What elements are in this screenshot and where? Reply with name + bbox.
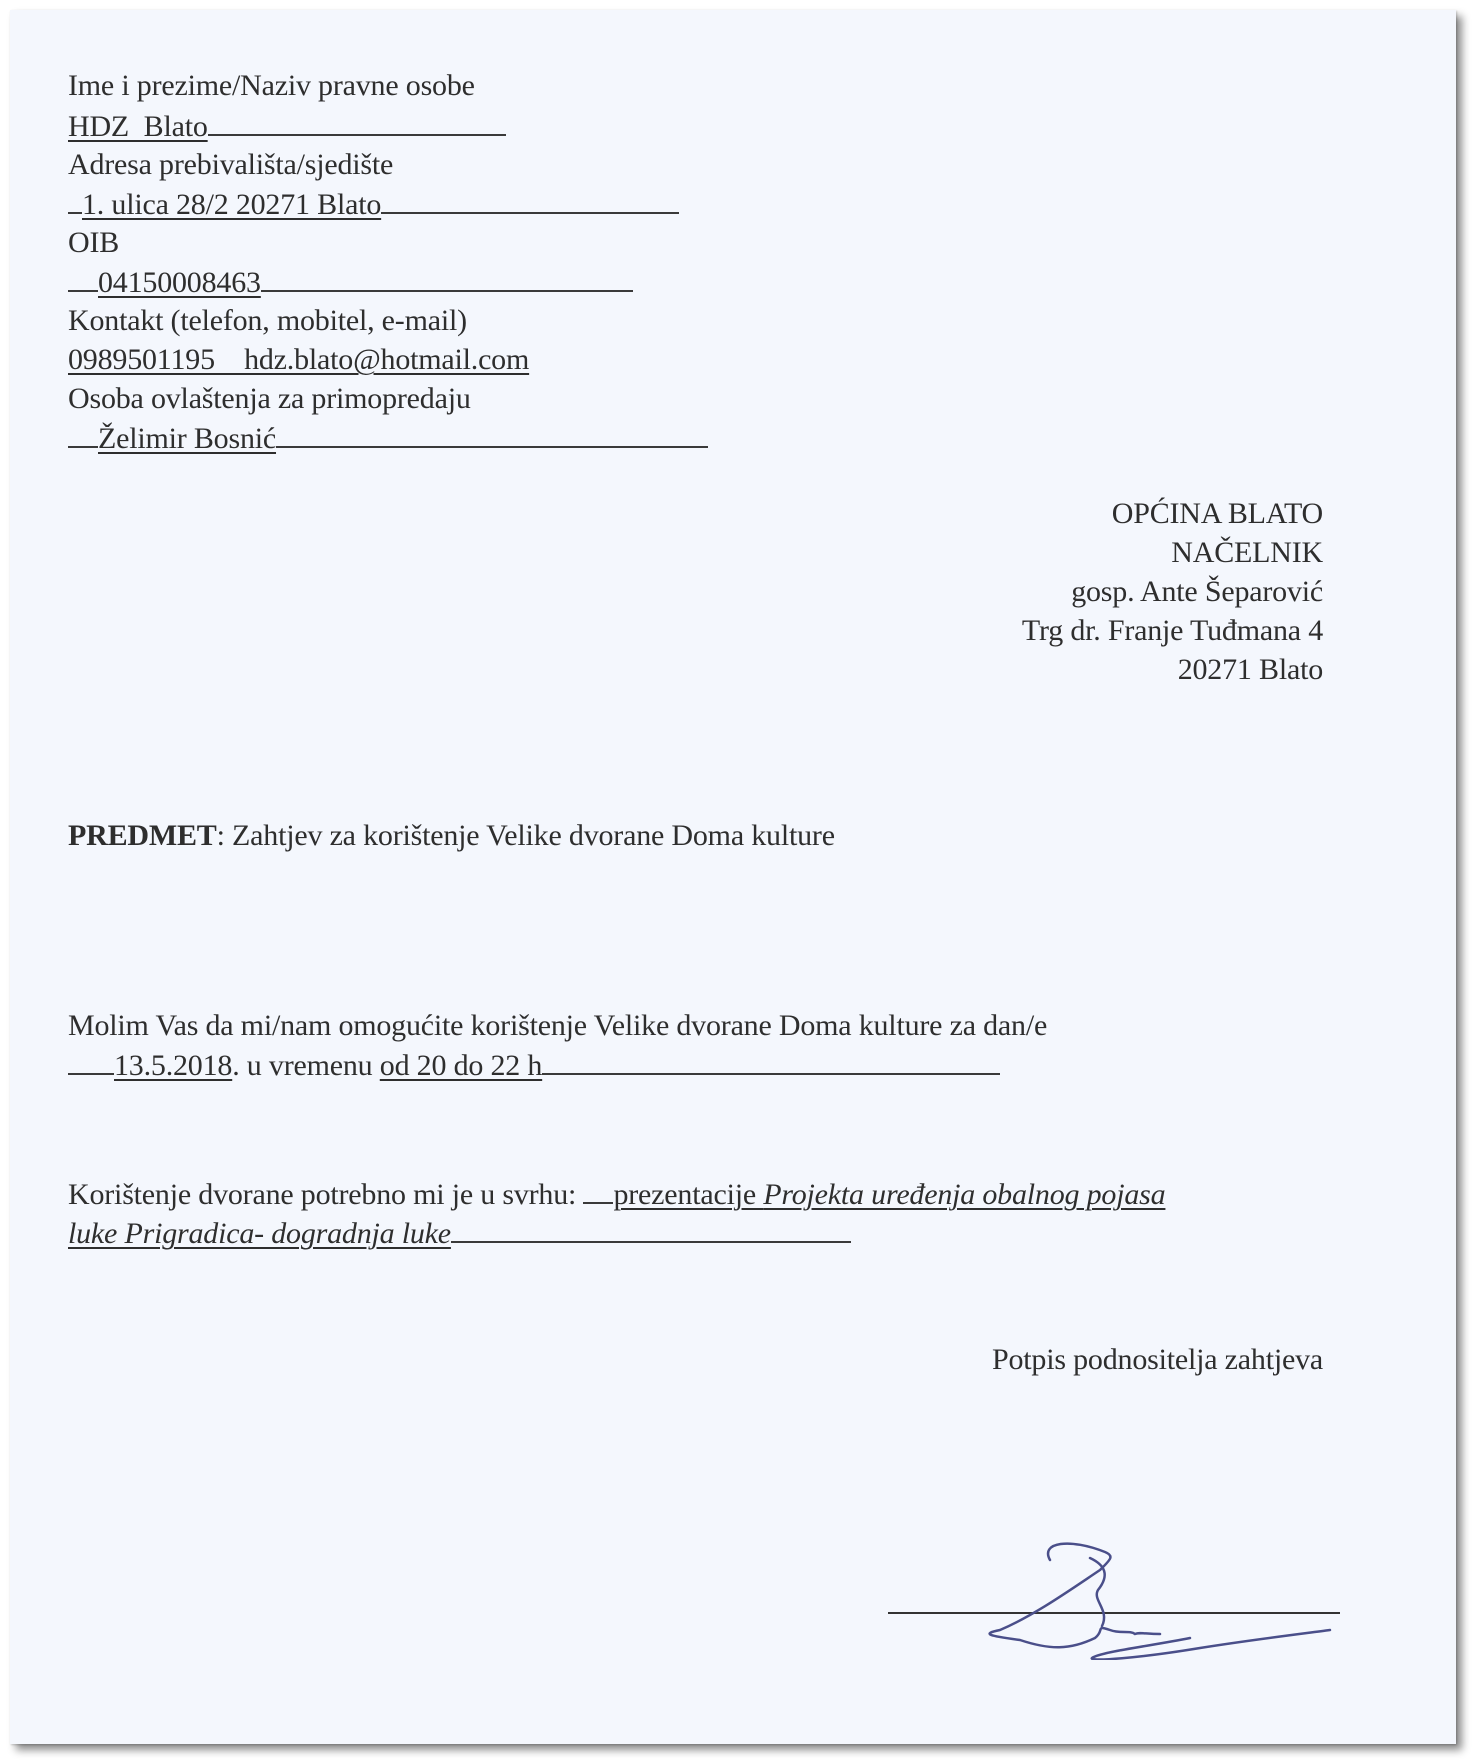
name-label: Ime i prezime/Naziv pravne osobe <box>68 68 475 104</box>
signature-label: Potpis podnositelja zahtjeva <box>992 1342 1323 1378</box>
purpose-value-plain: prezentacije <box>613 1178 763 1211</box>
purpose-label: Korištenje dvorane potrebno mi je u svrh… <box>68 1178 576 1211</box>
contact-label: Kontakt (telefon, mobitel, e-mail) <box>68 303 467 339</box>
name-value: HDZ Blato <box>68 110 208 143</box>
authorized-field: Želimir Bosnić <box>68 420 708 457</box>
subject-label: PREDMET <box>68 819 217 852</box>
name-blank-line <box>208 108 506 136</box>
subject-text: : Zahtjev za korištenje Velike dvorane D… <box>217 819 835 852</box>
name-field: HDZ Blato <box>68 108 506 145</box>
subject-line: PREDMET: Zahtjev za korištenje Velike dv… <box>68 818 835 854</box>
oib-value: 04150008463 <box>98 266 261 299</box>
purpose-blank-line <box>451 1215 851 1243</box>
authorized-value: Želimir Bosnić <box>98 422 276 455</box>
request-date-time: 13.5.2018. u vremenu od 20 do 22 h <box>68 1047 1000 1084</box>
contact-field: 0989501195 hdz.blato@hotmail.com <box>68 342 529 378</box>
date-lead-blank <box>68 1047 114 1075</box>
address-lead-blank <box>68 186 82 214</box>
purpose-value-italic-1: Projekta uređenja obalnog pojasa <box>763 1178 1165 1211</box>
address-value: 1. ulica 28/2 20271 Blato <box>82 188 381 221</box>
oib-lead-blank <box>68 264 98 292</box>
contact-value: 0989501195 hdz.blato@hotmail.com <box>68 343 529 376</box>
handwritten-signature <box>920 1530 1340 1660</box>
purpose-line-1: Korištenje dvorane potrebno mi je u svrh… <box>68 1176 1165 1213</box>
authorized-blank-line <box>276 420 708 448</box>
address-field: 1. ulica 28/2 20271 Blato <box>68 186 679 223</box>
recipient-line-3: gosp. Ante Šeparović <box>1071 574 1323 610</box>
oib-blank-line <box>261 264 633 292</box>
document-page: Ime i prezime/Naziv pravne osobe HDZ Bla… <box>10 10 1456 1744</box>
recipient-line-1: OPĆINA BLATO <box>1112 496 1323 532</box>
address-label: Adresa prebivališta/sjedište <box>68 147 393 183</box>
authorized-lead-blank <box>68 420 98 448</box>
recipient-line-2: NAČELNIK <box>1171 535 1323 571</box>
recipient-line-4: Trg dr. Franje Tuđmana 4 <box>1022 613 1323 649</box>
purpose-value-italic-2: luke Prigradica- dogradnja luke <box>68 1217 451 1250</box>
request-intro: Molim Vas da mi/nam omogućite korištenje… <box>68 1008 1047 1044</box>
address-blank-line <box>381 186 679 214</box>
purpose-lead-blank <box>583 1176 613 1204</box>
oib-field: 04150008463 <box>68 264 633 301</box>
purpose-line-2: luke Prigradica- dogradnja luke <box>68 1215 851 1252</box>
request-time-value: od 20 do 22 h <box>380 1049 542 1082</box>
oib-label: OIB <box>68 225 119 261</box>
authorized-label: Osoba ovlaštenja za primopredaju <box>68 381 471 417</box>
time-blank-line <box>542 1047 1000 1075</box>
recipient-line-5: 20271 Blato <box>1178 652 1323 688</box>
request-time-label: . u vremenu <box>232 1049 380 1082</box>
request-date: 13.5.2018 <box>114 1049 232 1082</box>
